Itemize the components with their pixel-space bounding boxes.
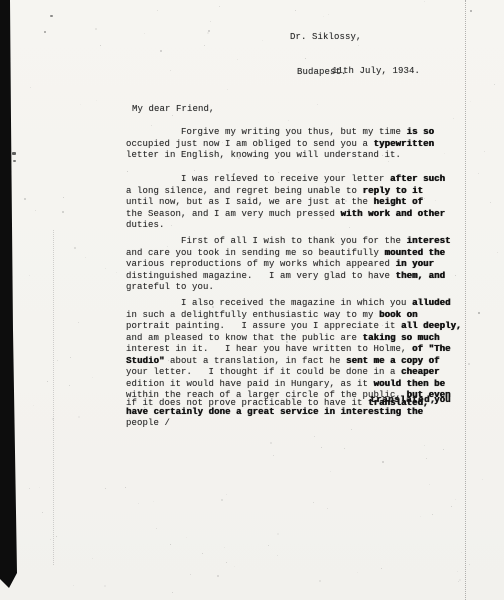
scan-noise: [42, 512, 43, 513]
letter-line: I also received the magazine in which yo…: [126, 298, 460, 310]
scan-edge-border: [0, 0, 22, 600]
ink-mark: [50, 15, 53, 17]
scan-noise: [234, 152, 235, 153]
scan-noise: [222, 142, 223, 143]
text-segment: taking so much: [363, 333, 440, 343]
scan-noise: [29, 275, 30, 276]
text-segment: the Season, and I am very much pressed: [126, 209, 341, 219]
scan-noise: [330, 471, 331, 472]
letter-line: and am pleased to know that the public a…: [126, 333, 460, 345]
ink-mark: [233, 173, 235, 175]
scan-noise: [349, 227, 350, 228]
scan-noise: [135, 401, 137, 403]
text-segment: interest in it. I hear you have written …: [126, 344, 412, 354]
text-segment: people /: [126, 418, 170, 428]
scan-noise: [351, 429, 352, 430]
scan-noise: [74, 247, 76, 249]
scan-noise: [204, 45, 205, 46]
scan-noise: [96, 100, 97, 101]
scan-noise: [344, 448, 345, 449]
scan-noise: [146, 394, 148, 396]
scan-noise: [350, 310, 351, 311]
text-segment: First of all I wish to thank you for the: [181, 236, 407, 246]
scan-noise: [262, 40, 263, 41]
text-segment: translated,: [368, 398, 429, 410]
text-segment: with work and other: [341, 209, 446, 219]
scan-noise: [69, 385, 70, 386]
scan-noise: [116, 272, 117, 273]
text-segment: interest: [407, 236, 451, 246]
scan-noise: [214, 154, 215, 155]
paragraph: I was relieved to receive your letter af…: [126, 174, 460, 232]
scan-noise: [172, 592, 173, 593]
scan-noise: [470, 101, 471, 102]
text-segment: typewritten: [374, 139, 435, 149]
letter-line: your letter. I thought if it could be do…: [126, 367, 460, 379]
letter-line: various reproductions of my works which …: [126, 259, 460, 271]
scan-noise: [127, 171, 128, 172]
salutation: My dear Friend,: [132, 104, 215, 116]
scan-noise: [375, 313, 376, 314]
letter-line: letter in English, knowing you will unde…: [126, 150, 460, 162]
scan-noise: [57, 360, 58, 361]
scan-noise: [129, 418, 130, 419]
scan-noise: [263, 341, 264, 342]
scan-noise: [296, 330, 297, 331]
letter-date: 11th July, 1934.: [332, 66, 420, 78]
scan-noise: [455, 275, 456, 276]
text-segment: edition it would have paid in Hungary, a…: [126, 379, 374, 389]
scan-noise: [321, 217, 323, 219]
text-segment: in your: [396, 259, 435, 269]
text-segment: occupied just now I am obliged to send y…: [126, 139, 374, 149]
scan-noise: [219, 6, 220, 7]
scan-noise: [313, 502, 314, 503]
text-segment: various reproductions of my works which …: [126, 259, 396, 269]
scan-noise: [382, 461, 384, 463]
scan-noise: [190, 574, 191, 575]
scan-noise: [78, 416, 80, 418]
scan-noise: [469, 564, 470, 565]
scan-noise: [304, 74, 305, 75]
text-segment: distinguished magazine. I am very glad t…: [126, 271, 396, 281]
scan-noise: [494, 84, 495, 85]
scan-noise: [186, 537, 187, 538]
letter-line: distinguished magazine. I am very glad t…: [126, 271, 460, 283]
scan-noise: [92, 377, 93, 378]
letter-line: edition it would have paid in Hungary, a…: [126, 379, 460, 391]
scan-noise: [478, 173, 479, 174]
text-segment: portrait painting. I assure you I apprec…: [126, 321, 401, 331]
scan-noise: [424, 1, 425, 2]
scan-noise: [24, 198, 26, 200]
scan-noise: [227, 89, 228, 90]
scan-noise: [314, 436, 315, 437]
scan-noise: [435, 200, 436, 201]
scan-noise: [429, 484, 430, 485]
letter-line: occupied just now I am obliged to send y…: [126, 139, 460, 151]
scan-noise: [286, 341, 288, 343]
scan-noise: [443, 449, 444, 450]
scan-noise: [33, 405, 34, 406]
ink-mark: [13, 160, 16, 162]
text-segment: would then be: [374, 379, 446, 389]
scan-noise: [410, 401, 411, 402]
scan-noise: [35, 210, 36, 211]
scan-noise: [210, 404, 211, 405]
scan-noise: [70, 357, 71, 358]
scan-noise: [432, 514, 433, 515]
scan-noise: [420, 516, 421, 517]
text-segment: and care you took in sending me so beaut…: [126, 248, 385, 258]
scan-noise: [424, 445, 425, 446]
text-segment: a long silence, and regret being unable …: [126, 186, 363, 196]
scan-noise: [52, 418, 54, 420]
text-segment: duties.: [126, 220, 165, 230]
recipient-address: Dr. Siklossy, Budapest.: [290, 9, 362, 101]
scan-noise: [371, 277, 373, 279]
scan-noise: [125, 487, 126, 488]
text-segment: your letter. I thought if it could be do…: [126, 367, 401, 377]
scan-noise: [299, 369, 300, 370]
scan-noise: [39, 487, 40, 488]
text-segment: until now, but as I said, we are just at…: [126, 197, 374, 207]
letter-line: duties.: [126, 220, 460, 232]
scan-noise: [212, 306, 214, 308]
text-segment: cheaper: [401, 367, 440, 377]
scan-noise: [62, 211, 64, 213]
scanned-letter-page: Dr. Siklossy, Budapest. 11th July, 1934.…: [0, 0, 504, 600]
scan-noise: [138, 503, 139, 504]
text-segment: sent me a copy of: [346, 356, 440, 366]
fold-line-right: [465, 0, 466, 600]
text-segment: mounted the: [385, 248, 446, 258]
scan-noise: [274, 179, 275, 180]
scan-noise: [424, 198, 425, 199]
ink-mark: [44, 31, 46, 33]
text-segment: Forgive my writing you thus, but my time: [181, 127, 407, 137]
letter-line: First of all I wish to thank you for the…: [126, 236, 460, 248]
scan-noise: [105, 488, 106, 489]
text-segment: I was relieved to receive your letter: [181, 174, 390, 184]
scan-noise: [459, 579, 461, 581]
scan-noise: [144, 33, 145, 34]
scan-noise: [63, 197, 64, 198]
scan-noise: [311, 369, 312, 370]
fold-line-left: [53, 230, 54, 565]
text-segment: Studio": [126, 356, 165, 366]
scan-noise: [80, 104, 81, 105]
scan-noise: [208, 30, 210, 32]
scan-noise: [207, 32, 209, 34]
letter-line: people /: [126, 418, 460, 430]
letter-line: interest in it. I hear you have written …: [126, 344, 460, 356]
scan-noise: [182, 214, 183, 215]
letter-line: and care you took in sending me so beaut…: [126, 248, 460, 260]
scan-noise: [415, 370, 416, 371]
scan-noise: [160, 50, 162, 52]
scan-noise: [162, 141, 163, 142]
letter-line: the Season, and I am very much pressed w…: [126, 209, 460, 221]
text-segment: book on: [379, 310, 418, 320]
scan-noise: [381, 568, 382, 569]
scan-noise: [341, 215, 342, 216]
scan-noise: [184, 369, 185, 370]
scan-noise: [73, 585, 74, 586]
scan-noise: [222, 301, 223, 302]
scan-noise: [202, 553, 203, 554]
scan-noise: [152, 250, 153, 251]
text-segment: and am pleased to know that the public a…: [126, 333, 363, 343]
scan-noise: [497, 252, 498, 253]
scan-noise: [377, 410, 378, 411]
scan-noise: [30, 87, 31, 88]
scan-noise: [451, 506, 452, 507]
scan-noise: [357, 572, 358, 573]
scan-noise: [482, 479, 483, 480]
scan-noise: [153, 501, 154, 502]
scan-noise: [327, 508, 328, 509]
scan-noise: [225, 312, 226, 313]
text-segment: all deeply,: [401, 321, 462, 331]
paragraph: First of all I wish to thank you for the…: [126, 236, 460, 294]
scan-noise: [100, 45, 101, 46]
scan-noise: [397, 196, 398, 197]
scan-noise: [168, 360, 169, 361]
scan-noise: [458, 581, 459, 582]
scan-noise: [156, 528, 157, 529]
text-segment: letter in English, knowing you will unde…: [126, 150, 401, 160]
scan-noise: [453, 118, 454, 119]
scan-noise: [234, 566, 235, 567]
scan-noise: [217, 575, 219, 577]
ink-mark: [470, 10, 472, 12]
text-segment: in such a delightfully enthusiastic way …: [126, 310, 379, 320]
recipient-name: Dr. Siklossy,: [290, 32, 362, 44]
text-segment: after such: [390, 174, 445, 184]
scan-noise: [465, 482, 466, 483]
scan-noise: [237, 59, 238, 60]
scan-noise: [219, 139, 220, 140]
letter-line: Studio" about a translation, in fact he …: [126, 356, 460, 368]
text-segment: reply to it: [363, 186, 424, 196]
scan-noise: [208, 149, 210, 151]
ink-mark: [478, 312, 480, 314]
scan-noise: [345, 200, 347, 202]
scan-noise: [457, 571, 458, 572]
scan-noise: [321, 447, 322, 448]
scan-noise: [455, 499, 456, 500]
letter-line: grateful to you.: [126, 282, 460, 294]
scan-noise: [270, 442, 272, 444]
scan-noise: [78, 322, 79, 323]
ink-mark: [12, 152, 16, 155]
scan-noise: [104, 585, 106, 587]
scan-noise: [56, 536, 57, 537]
text-segment: I also received the magazine in which yo…: [181, 298, 412, 308]
scan-noise: [392, 330, 393, 331]
scan-noise: [246, 153, 247, 154]
scan-noise: [29, 488, 30, 489]
scan-noise: [167, 246, 168, 247]
scan-noise: [268, 545, 269, 546]
scan-noise: [358, 45, 359, 46]
scan-noise: [305, 58, 306, 59]
scan-noise: [221, 499, 223, 501]
scan-noise: [319, 580, 321, 582]
scan-noise: [335, 234, 336, 235]
scan-noise: [277, 533, 279, 535]
scan-noise: [151, 125, 152, 126]
scan-noise: [331, 33, 332, 34]
scan-noise: [171, 225, 172, 226]
scan-noise: [468, 363, 470, 365]
scan-noise: [224, 547, 225, 548]
text-segment: grateful to you.: [126, 282, 214, 292]
text-segment: alluded: [412, 298, 451, 308]
scan-noise: [461, 552, 462, 553]
scan-noise: [85, 257, 86, 258]
letter-line: until now, but as I said, we are just at…: [126, 197, 460, 209]
scan-noise: [172, 115, 173, 116]
scan-noise: [249, 355, 250, 356]
scan-noise: [382, 325, 383, 326]
scan-noise: [338, 243, 339, 244]
scan-noise: [238, 157, 240, 159]
scan-noise: [47, 381, 48, 382]
scan-noise: [419, 402, 421, 404]
scan-noise: [210, 21, 211, 22]
scan-noise: [157, 10, 158, 11]
scan-noise: [50, 539, 51, 540]
text-segment: them, and: [396, 271, 446, 281]
scan-noise: [194, 170, 195, 171]
scan-noise: [226, 494, 227, 495]
scan-noise: [92, 558, 93, 559]
scan-noise: [388, 161, 389, 162]
scan-noise: [144, 407, 145, 408]
paragraph: I also received the magazine in which yo…: [126, 298, 460, 430]
scan-noise: [170, 544, 171, 545]
scan-noise: [317, 104, 318, 105]
text-segment: about a translation, in fact he: [165, 356, 347, 366]
scan-noise: [328, 14, 329, 15]
scan-noise: [321, 247, 322, 248]
scan-noise: [410, 132, 411, 133]
text-segment: height of: [374, 197, 424, 207]
scan-noise: [444, 153, 445, 154]
scan-noise: [490, 202, 491, 203]
scan-noise: [273, 455, 274, 456]
scan-noise: [105, 268, 106, 269]
scan-noise: [295, 10, 296, 11]
scan-noise: [240, 307, 241, 308]
scan-noise: [484, 151, 485, 152]
scan-noise: [323, 16, 324, 17]
letter-line: a long silence, and regret being unable …: [126, 186, 460, 198]
scan-noise: [226, 562, 227, 563]
text-segment: you: [429, 395, 451, 405]
scan-noise: [340, 277, 341, 278]
letter-line: portrait painting. I assure you I apprec…: [126, 321, 460, 333]
scan-noise: [382, 155, 383, 156]
letter-line: in such a delightfully enthusiastic way …: [126, 310, 460, 322]
scan-noise: [150, 109, 151, 110]
scan-noise: [95, 28, 97, 30]
text-segment: of "The: [412, 344, 451, 354]
scan-noise: [170, 70, 171, 71]
scan-noise: [277, 555, 278, 556]
scan-noise: [278, 172, 279, 173]
scan-noise: [426, 458, 427, 459]
scan-noise: [288, 120, 289, 121]
scan-noise: [387, 382, 388, 383]
letter-line: I was relieved to receive your letter af…: [126, 174, 460, 186]
